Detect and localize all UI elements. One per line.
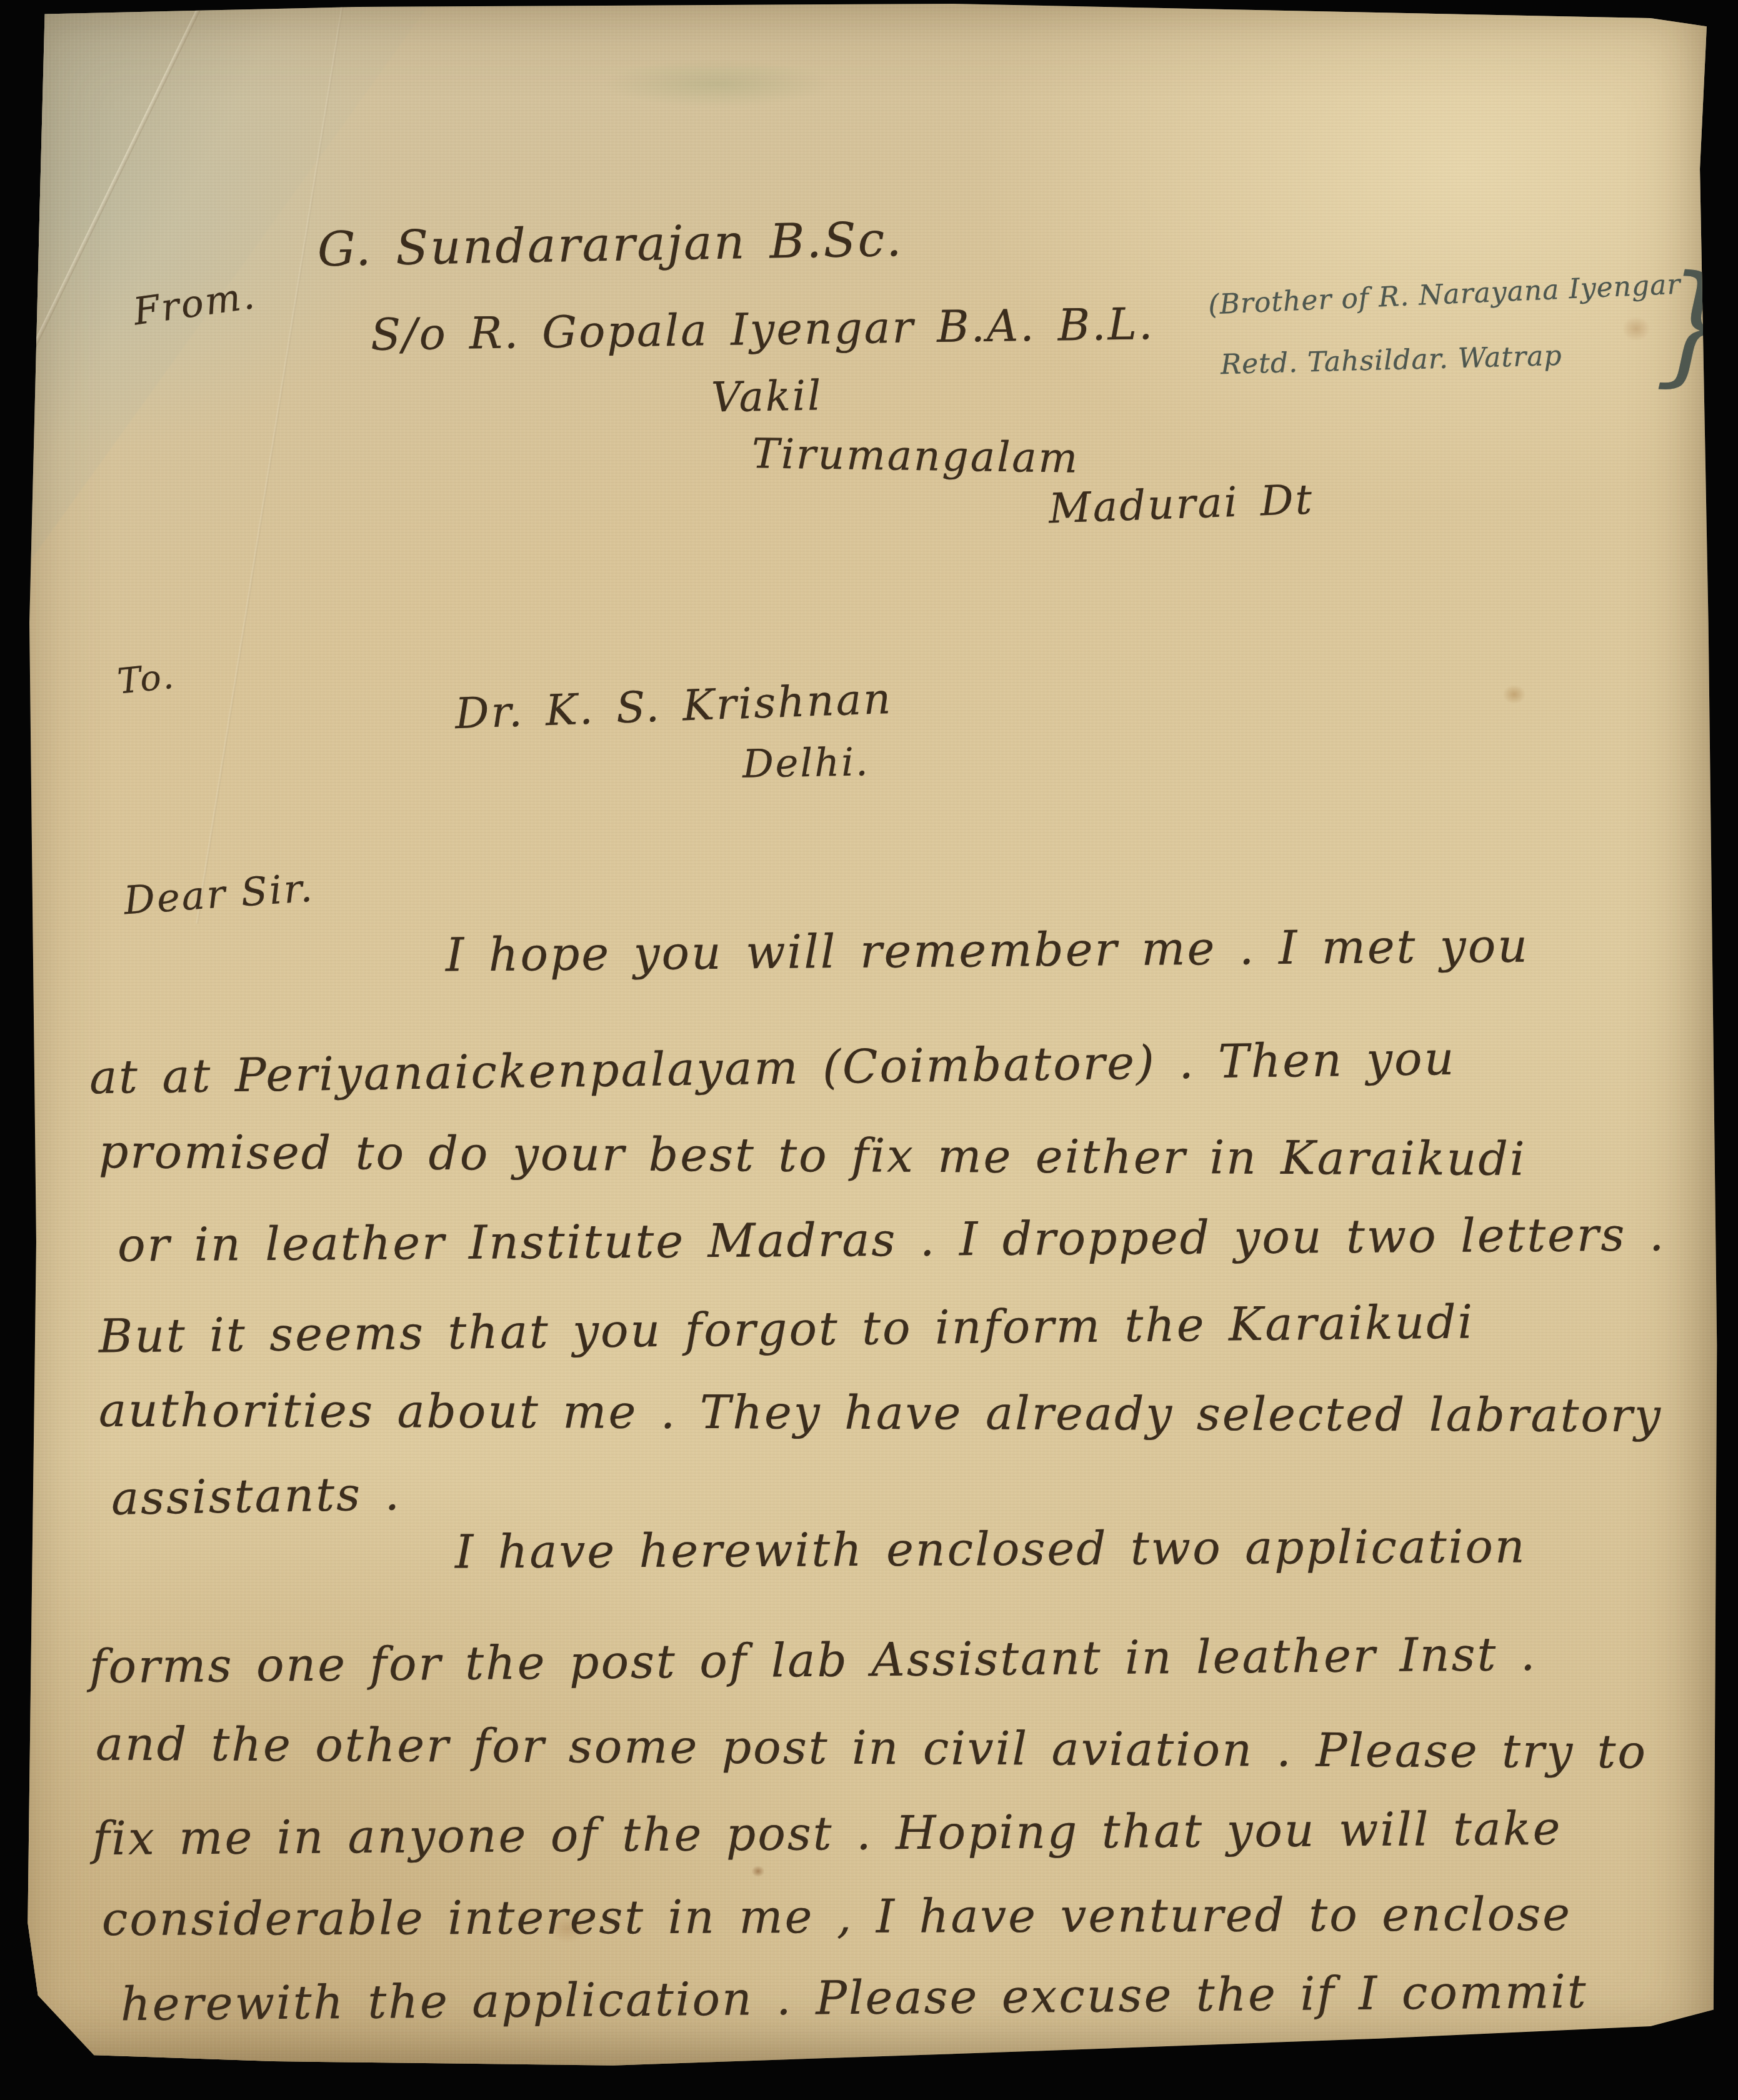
recipient-name: Dr. K. S. Krishnan — [454, 674, 893, 739]
margin-annotation-line1: (Brother of R. Narayana Iyengar — [1207, 269, 1681, 321]
sender-occupation: Vakil — [711, 371, 822, 421]
letter-line: herewith the application . Please excuse… — [121, 1965, 1588, 2031]
to-label: To. — [116, 656, 177, 702]
letter-line: at at Periyanaickenpalayam (Coimbatore) … — [89, 1032, 1456, 1105]
sender-name: G. Sundararajan B.Sc. — [317, 211, 904, 277]
sender-town: Tirumangalam — [751, 429, 1079, 482]
letter-line: fix me in anyone of the post . Hoping th… — [92, 1802, 1562, 1866]
sender-district: Madurai Dt — [1048, 476, 1315, 533]
paper-crease — [196, 0, 345, 924]
letter-line: considerable interest in me , I have ven… — [102, 1887, 1572, 1946]
margin-annotation-brace: } — [1654, 246, 1733, 402]
salutation: Dear Sir. — [122, 864, 316, 923]
sender-relation: S/o R. Gopala Iyengar B.A. B.L. — [370, 298, 1154, 361]
letter-line: But it seems that you forgot to inform t… — [99, 1295, 1475, 1363]
scanned-letter-page: From. G. Sundararajan B.Sc. S/o R. Gopal… — [0, 0, 1738, 2100]
letter-line: I hope you will remember me . I met you — [446, 919, 1530, 982]
margin-annotation-line2: Retd. Tahsildar. Watrap — [1220, 340, 1562, 381]
letter-line: and the other for some post in civil avi… — [96, 1717, 1647, 1779]
letter-line: promised to do your best to fix me eithe… — [99, 1125, 1527, 1186]
letter-line: or in leather Institute Madras . I dropp… — [117, 1207, 1666, 1272]
recipient-place: Delhi. — [742, 739, 870, 787]
letter-line: assistants . — [111, 1467, 401, 1526]
paper-crease — [0, 0, 209, 544]
letter-paper: From. G. Sundararajan B.Sc. S/o R. Gopal… — [17, 4, 1719, 2067]
letter-line: forms one for the post of lab Assistant … — [89, 1627, 1537, 1694]
letter-line: authorities about me . They have already… — [99, 1384, 1662, 1443]
letter-line: I have herewith enclosed two application — [455, 1520, 1527, 1579]
from-label: From. — [131, 274, 259, 334]
